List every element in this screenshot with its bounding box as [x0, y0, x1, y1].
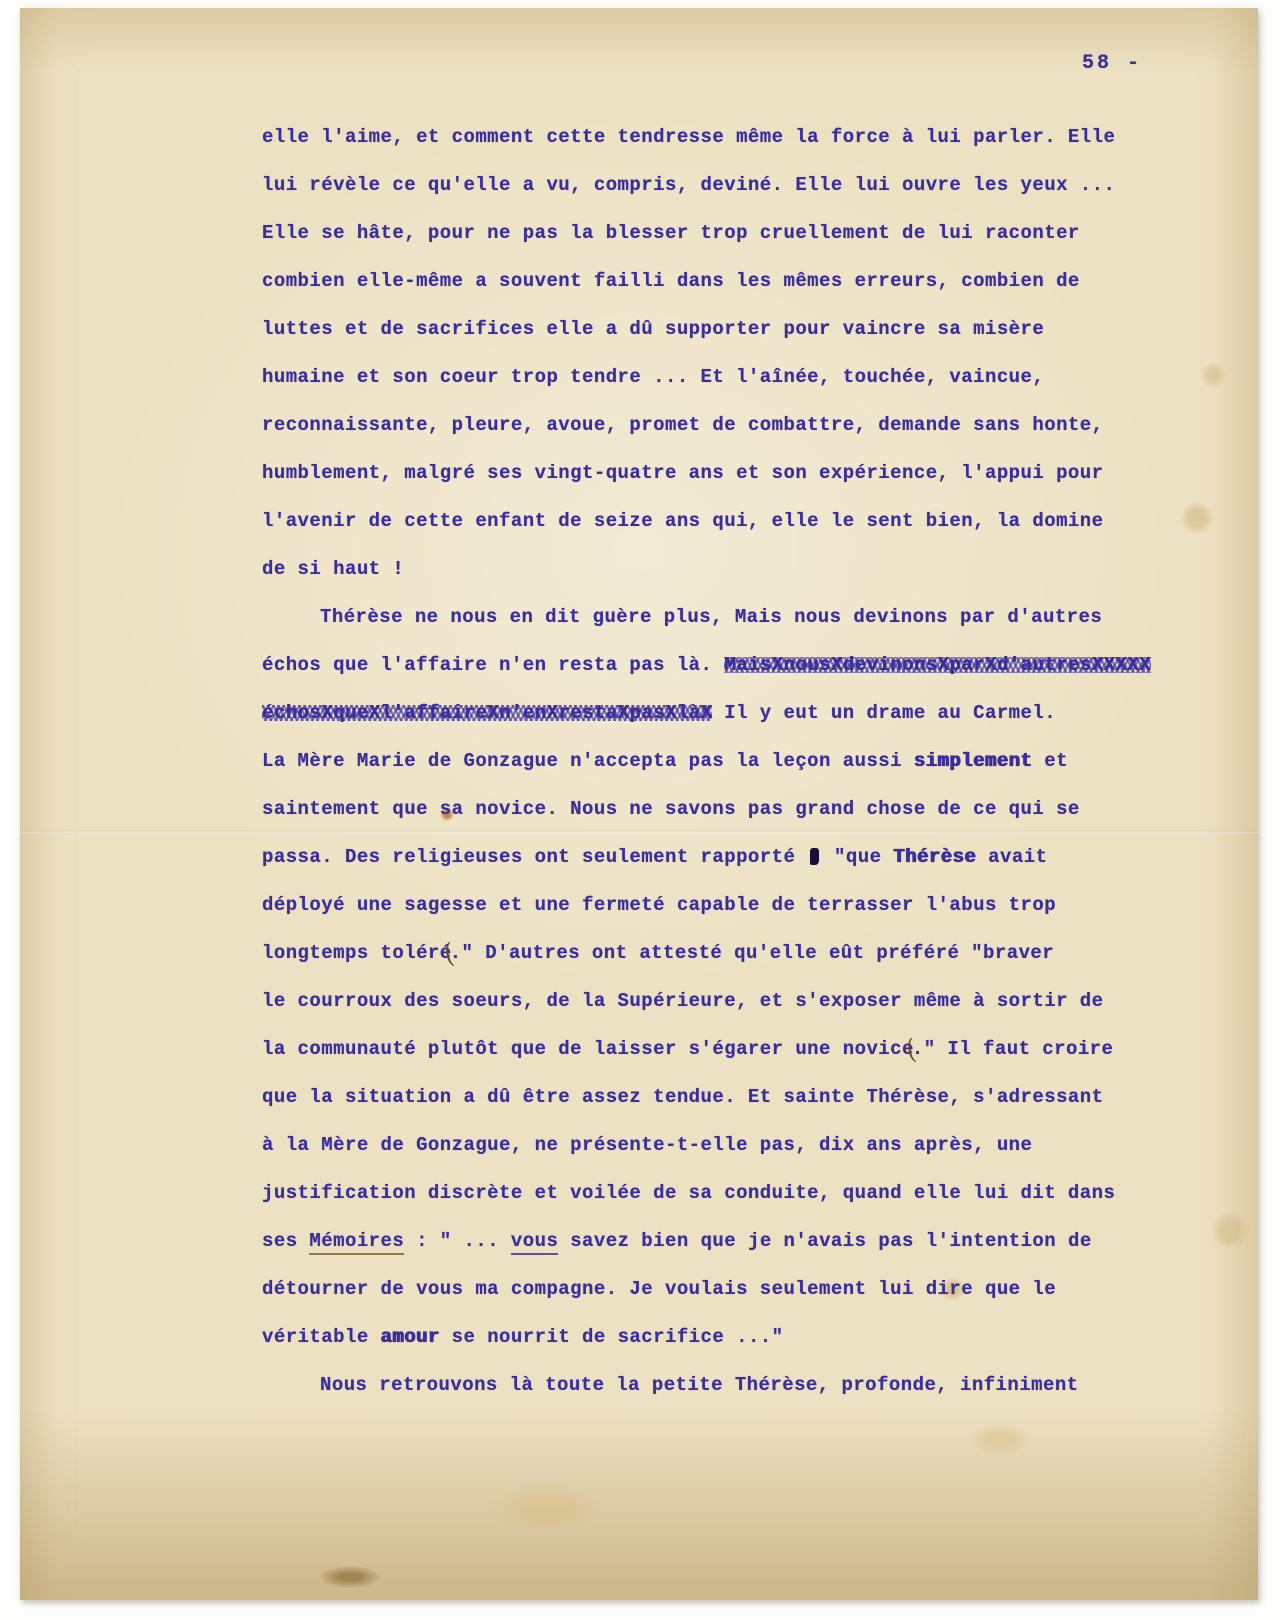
text-line: justification discrète et voilée de sa c…: [262, 1169, 1162, 1217]
text-segment: ses: [262, 1230, 309, 1252]
struck-out-text: échosXqueXl'affaireXn'enXrestaXpasXlàX: [262, 702, 712, 724]
text-segment: ." Il faut croire: [912, 1038, 1113, 1060]
stain: [1200, 363, 1226, 387]
text-line: véritable amour se nourrit de sacrifice …: [262, 1313, 1162, 1361]
text-line: Elle se hâte, pour ne pas la blesser tro…: [262, 209, 1162, 257]
text-segment: l'avenir de cette enfant de seize ans qu…: [262, 510, 1103, 532]
text-line: de si haut !: [262, 545, 1162, 593]
text-segment: Nous retrouvons là toute la petite Thérè…: [320, 1374, 1079, 1396]
typed-text-block: elle l'aime, et comment cette tendresse …: [262, 113, 1162, 1409]
text-line: le courroux des soeurs, de la Supérieure…: [262, 977, 1162, 1025]
text-segment: se nourrit de sacrifice ...": [440, 1326, 784, 1348]
text-line: combien elle-même a souvent failli dans …: [262, 257, 1162, 305]
text-segment: que la situation a dû être assez tendue.…: [262, 1086, 1103, 1108]
text-line: Nous retrouvons là toute la petite Thérè…: [262, 1361, 1162, 1409]
text-segment: la communauté plutôt que de laisser s'ég…: [262, 1038, 914, 1060]
text-line: humaine et son coeur trop tendre ... Et …: [262, 353, 1162, 401]
text-segment: humblement, malgré ses vingt-quatre ans …: [262, 462, 1103, 484]
text-line: ses Mémoires : " ... vous savez bien que…: [262, 1217, 1162, 1265]
text-segment: et: [1032, 750, 1068, 772]
text-line: La Mère Marie de Gonzague n'accepta pas …: [262, 737, 1162, 785]
text-segment: lui révèle ce qu'elle a vu, compris, dev…: [262, 174, 1115, 196]
ink-blot: [810, 848, 819, 865]
text-segment: combien elle-même a souvent failli dans …: [262, 270, 1080, 292]
text-line: échosXqueXl'affaireXn'enXrestaXpasXlàX I…: [262, 689, 1162, 737]
stain: [490, 1483, 600, 1531]
text-segment: justification discrète et voilée de sa c…: [262, 1182, 1115, 1204]
text-segment: le courroux des soeurs, de la Supérieure…: [262, 990, 1103, 1012]
text-segment: détourner de vous ma compagne. Je voulai…: [262, 1278, 1056, 1300]
text-line: détourner de vous ma compagne. Je voulai…: [262, 1265, 1162, 1313]
text-segment: de si haut !: [262, 558, 404, 580]
text-line: humblement, malgré ses vingt-quatre ans …: [262, 449, 1162, 497]
text-line: longtemps toléré(." D'autres ont attesté…: [262, 929, 1162, 977]
document-page: 58 - elle l'aime, et comment cette tendr…: [20, 8, 1258, 1600]
text-segment: amour: [381, 1326, 440, 1348]
text-segment: déployé une sagesse et une fermeté capab…: [262, 894, 1056, 916]
text-line: l'avenir de cette enfant de seize ans qu…: [262, 497, 1162, 545]
text-segment: Elle se hâte, pour ne pas la blesser tro…: [262, 222, 1080, 244]
page-number: 58 -: [1082, 52, 1142, 75]
text-segment: reconnaissante, pleure, avoue, promet de…: [262, 414, 1103, 436]
text-segment: humaine et son coeur trop tendre ... Et …: [262, 366, 1044, 388]
text-segment: échos que l'affaire n'en resta pas là.: [262, 654, 724, 676]
struck-out-text: MaisXnousXdevinonsXparXd'autresXXXXX: [724, 654, 1151, 676]
text-segment: : " ...: [404, 1230, 511, 1252]
text-line: échos que l'affaire n'en resta pas là. M…: [262, 641, 1162, 689]
text-segment: longtemps toléré: [262, 942, 452, 964]
stain: [1180, 503, 1214, 533]
text-line: reconnaissante, pleure, avoue, promet de…: [262, 401, 1162, 449]
text-line: saintement que sa novice. Nous ne savons…: [262, 785, 1162, 833]
text-line: Thérèse ne nous en dit guère plus, Mais …: [262, 593, 1162, 641]
text-segment: luttes et de sacrifices elle a dû suppor…: [262, 318, 1044, 340]
stain: [970, 1423, 1030, 1457]
text-line: passa. Des religieuses ont seulement rap…: [262, 833, 1162, 881]
text-segment: savez bien que je n'avais pas l'intentio…: [558, 1230, 1091, 1252]
text-segment: La Mère Marie de Gonzague n'accepta pas …: [262, 750, 914, 772]
text-segment: vous: [511, 1230, 558, 1255]
text-segment: elle l'aime, et comment cette tendresse …: [262, 126, 1115, 148]
text-line: lui révèle ce qu'elle a vu, compris, dev…: [262, 161, 1162, 209]
text-segment: passa. Des religieuses ont seulement rap…: [262, 846, 807, 868]
text-line: déployé une sagesse et une fermeté capab…: [262, 881, 1162, 929]
text-segment: "que: [822, 846, 893, 868]
text-segment: ." D'autres ont attesté qu'elle eût préf…: [450, 942, 1054, 964]
text-segment: Thérèse ne nous en dit guère plus, Mais …: [320, 606, 1102, 628]
text-segment: véritable: [262, 1326, 381, 1348]
text-segment: avait: [976, 846, 1047, 868]
stain: [320, 1566, 380, 1588]
text-line: luttes et de sacrifices elle a dû suppor…: [262, 305, 1162, 353]
text-line: la communauté plutôt que de laisser s'ég…: [262, 1025, 1162, 1073]
stain: [1210, 1213, 1250, 1247]
text-segment: Il y eut un drame au Carmel.: [712, 702, 1056, 724]
text-segment: à la Mère de Gonzague, ne présente-t-ell…: [262, 1134, 1032, 1156]
text-line: à la Mère de Gonzague, ne présente-t-ell…: [262, 1121, 1162, 1169]
text-segment: simplement: [914, 750, 1033, 772]
text-segment: Mémoires: [309, 1230, 404, 1255]
text-line: elle l'aime, et comment cette tendresse …: [262, 113, 1162, 161]
text-segment: Thérèse: [893, 846, 976, 868]
text-line: que la situation a dû être assez tendue.…: [262, 1073, 1162, 1121]
text-segment: saintement que sa novice. Nous ne savons…: [262, 798, 1080, 820]
scanned-document: 58 - elle l'aime, et comment cette tendr…: [0, 0, 1280, 1620]
